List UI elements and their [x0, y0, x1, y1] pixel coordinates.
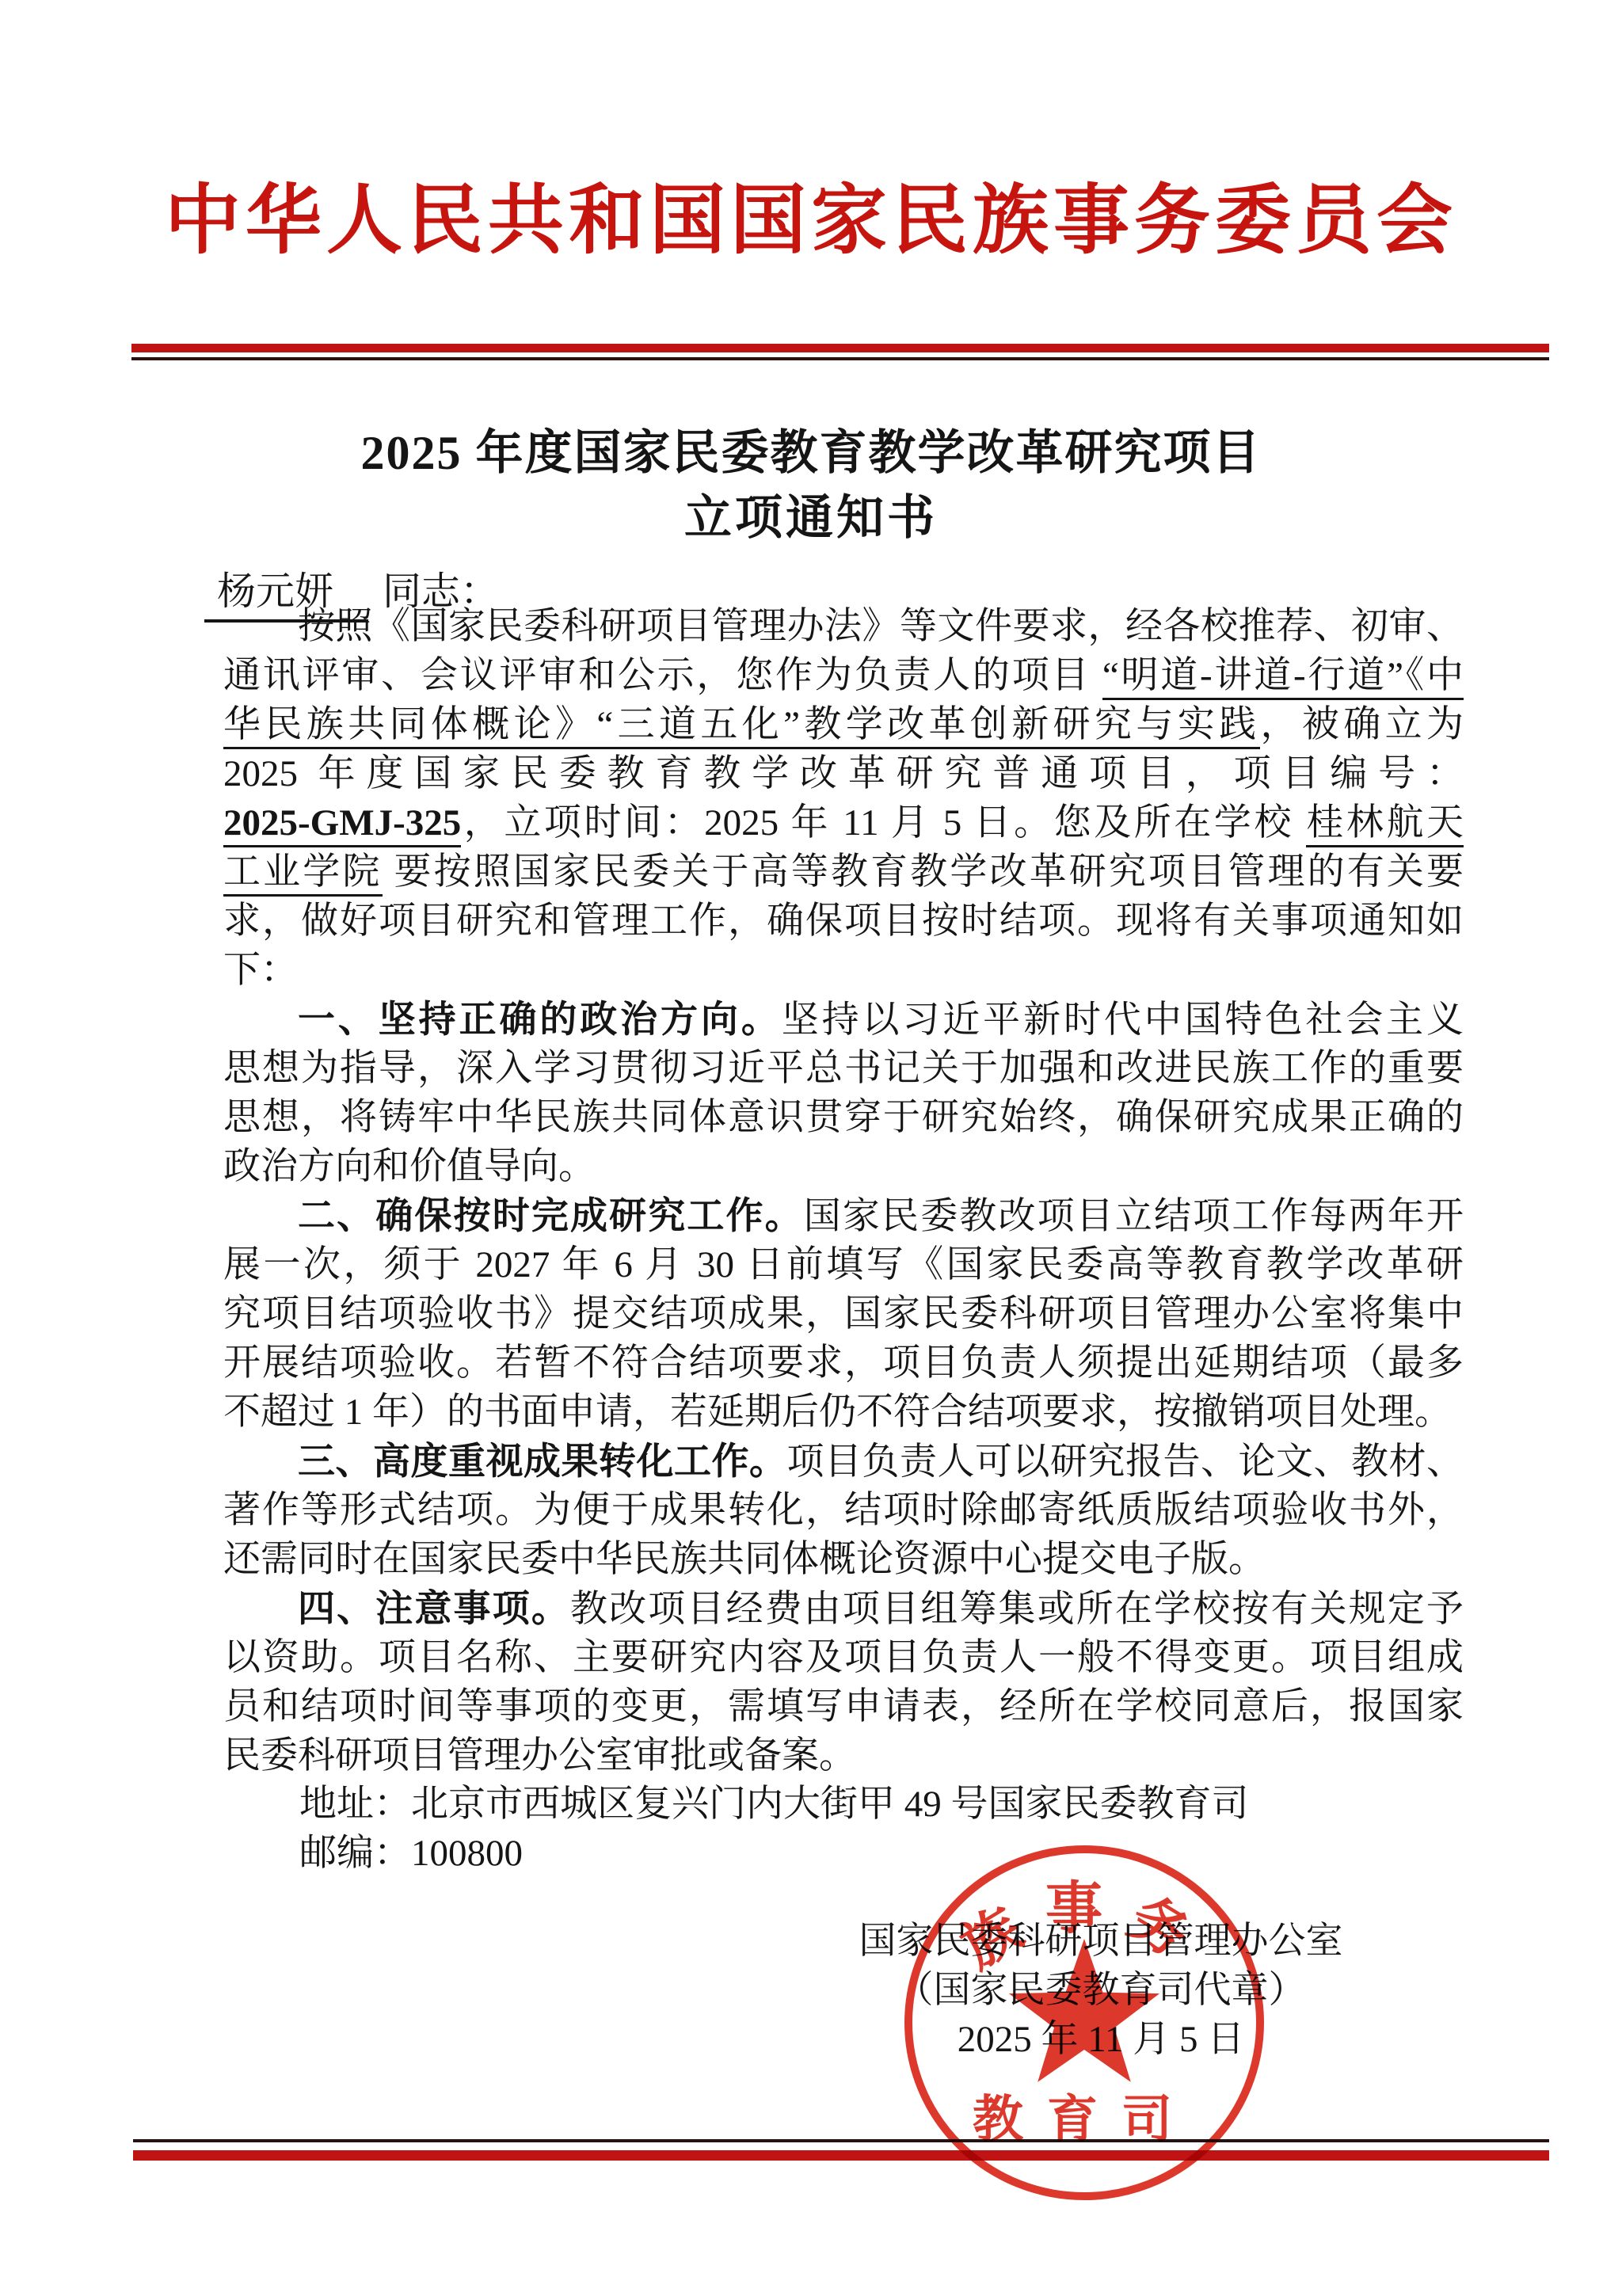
body-line: 以资助。项目名称、主要研究内容及项目负责人一般不得变更。项目组成 — [223, 1633, 1464, 1682]
underlined-text: 2025-GMJ-325 — [223, 802, 461, 847]
text-segment: 思想为指导，深入学习贯彻习近平总书记关于加强和改进民族工作的重要 — [223, 1048, 1464, 1089]
paragraph: 四、注意事项。教改项目经费由项目组筹集或所在学校按有关规定予以资助。项目名称、主… — [223, 1584, 1464, 1780]
paragraph: 二、确保按时完成研究工作。国家民委教改项目立结项工作每两年开展一次，须于 202… — [223, 1191, 1464, 1437]
body-line: 一、坚持正确的政治方向。坚持以习近平新时代中国特色社会主义 — [223, 995, 1464, 1044]
body-line: 2025-GMJ-325，立项时间：2025 年 11 月 5 日。您及所在学校… — [223, 798, 1464, 847]
body-line: 2025 年度国家民委教育教学改革研究普通项目，项目编号： — [223, 749, 1464, 798]
body-line: 不超过 1 年）的书面申请，若延期后仍不符合结项要求，按撤销项目处理。 — [223, 1388, 1464, 1437]
text-segment: 开展结项验收。若暂不符合结项要求，项目负责人须提出延期结项（最多 — [223, 1342, 1464, 1384]
text-segment: ，被确立为 — [1260, 704, 1464, 745]
letterhead-rule-red — [131, 344, 1549, 352]
underlined-text: 华民族共同体概论》“三道五化”教学改革创新研究与实践 — [223, 704, 1260, 749]
body-line: 还需同时在国家民委中华民族共同体概论资源中心提交电子版。 — [223, 1535, 1464, 1584]
document-title-line2: 立项通知书 — [0, 483, 1622, 553]
body-line: 民委科研项目管理办公室审批或备案。 — [223, 1731, 1464, 1780]
text-segment: 下： — [223, 950, 298, 991]
text-segment: 教改项目经费由项目组筹集或所在学校按有关规定予 — [570, 1589, 1464, 1630]
text-segment: 一、坚持正确的政治方向。 — [298, 998, 782, 1040]
body-paragraphs: 按照《国家民委科研项目管理办法》等文件要求，经各校推荐、初审、通讯评审、会议评审… — [223, 602, 1464, 1780]
body-line: 思想，将铸牢中华民族共同体意识贯穿于研究始终，确保研究成果正确的 — [223, 1093, 1464, 1142]
body-line: 政治方向和价值导向。 — [223, 1142, 1464, 1191]
body-line: 按照《国家民委科研项目管理办法》等文件要求，经各校推荐、初审、 — [223, 602, 1464, 651]
text-segment: 项目负责人可以研究报告、论文、教材、 — [787, 1441, 1464, 1483]
text-segment: 还需同时在国家民委中华民族共同体概论资源中心提交电子版。 — [223, 1539, 1266, 1580]
paragraph: 按照《国家民委科研项目管理办法》等文件要求，经各校推荐、初审、通讯评审、会议评审… — [223, 602, 1464, 995]
letterhead-org-name: 中华人民共和国国家民族事务委员会 — [0, 179, 1622, 263]
stamp-bottom-label: 教育司 — [973, 2092, 1196, 2148]
body-line: 员和结项时间等事项的变更，需填写申请表，经所在学校同意后，报国家 — [223, 1682, 1464, 1731]
text-segment: 二、确保按时完成研究工作。 — [298, 1194, 804, 1236]
text-segment: 政治方向和价值导向。 — [223, 1146, 596, 1187]
text-segment: 思想，将铸牢中华民族共同体意识贯穿于研究始终，确保研究成果正确的 — [223, 1097, 1464, 1138]
text-segment: 三、高度重视成果转化工作。 — [298, 1440, 787, 1482]
body-line: 二、确保按时完成研究工作。国家民委教改项目立结项工作每两年开 — [223, 1191, 1464, 1240]
text-segment: 2025 年度国家民委教育教学改革研究普通项目，项目编号： — [223, 753, 1464, 794]
document-title: 2025 年度国家民委教育教学改革研究项目 立项通知书 — [0, 423, 1622, 553]
document-page: 中华人民共和国国家民族事务委员会 2025 年度国家民委教育教学改革研究项目 立… — [0, 0, 1622, 2296]
underlined-text: 桂林航天 — [1306, 802, 1464, 847]
footer-rule-red — [133, 2150, 1549, 2161]
text-segment: 国家民委教改项目立结项工作每两年开 — [804, 1196, 1464, 1237]
text-segment: 展一次，须于 2027 年 6 月 30 日前填写《国家民委高等教育教学改革研 — [223, 1244, 1464, 1285]
body-line: 究项目结项验收书》提交结项成果，国家民委科研项目管理办公室将集中 — [223, 1289, 1464, 1338]
underlined-text: “明道-讲道-行道”《中 — [1102, 655, 1464, 700]
paragraph: 三、高度重视成果转化工作。项目负责人可以研究报告、论文、教材、著作等形式结项。为… — [223, 1437, 1464, 1584]
text-segment: 求，做好项目研究和管理工作，确保项目按时结项。现将有关事项通知如 — [223, 901, 1464, 942]
text-segment: 员和结项时间等事项的变更，需填写申请表，经所在学校同意后，报国家 — [223, 1686, 1464, 1727]
body-line: 开展结项验收。若暂不符合结项要求，项目负责人须提出延期结项（最多 — [223, 1338, 1464, 1388]
body-line: 展一次，须于 2027 年 6 月 30 日前填写《国家民委高等教育教学改革研 — [223, 1240, 1464, 1289]
body-line: 下： — [223, 946, 1464, 995]
text-segment: 四、注意事项。 — [298, 1587, 570, 1629]
text-segment: 以资助。项目名称、主要研究内容及项目负责人一般不得变更。项目组成 — [223, 1637, 1464, 1678]
body-line: 四、注意事项。教改项目经费由项目组筹集或所在学校按有关规定予 — [223, 1584, 1464, 1633]
body-line: 思想为指导，深入学习贯彻习近平总书记关于加强和改进民族工作的重要 — [223, 1044, 1464, 1093]
body-line: 三、高度重视成果转化工作。项目负责人可以研究报告、论文、教材、 — [223, 1437, 1464, 1486]
official-stamp: 族事务 教育司 — [892, 1834, 1278, 2219]
letterhead-rule-dark — [131, 357, 1549, 360]
text-segment: 要按照国家民委关于高等教育教学改革研究项目管理的有关要 — [383, 851, 1464, 893]
text-segment: ，立项时间：2025 年 11 月 5 日。您及所在学校 — [461, 802, 1306, 843]
address-line: 地址：北京市西城区复兴门内大街甲 49 号国家民委教育司 — [223, 1780, 1464, 1829]
text-segment: 通讯评审、会议评审和公示，您作为负责人的项目 — [223, 655, 1102, 696]
document-title-line1: 2025 年度国家民委教育教学改革研究项目 — [0, 423, 1622, 483]
body-line: 著作等形式结项。为便于成果转化，结项时除邮寄纸质版结项验收书外， — [223, 1486, 1464, 1535]
text-segment: 民委科研项目管理办公室审批或备案。 — [223, 1735, 856, 1776]
footer-rule-dark — [133, 2139, 1549, 2142]
body-line: 工业学院 要按照国家民委关于高等教育教学改革研究项目管理的有关要 — [223, 847, 1464, 897]
text-segment: 究项目结项验收书》提交结项成果，国家民委科研项目管理办公室将集中 — [223, 1293, 1464, 1335]
text-segment: 不超过 1 年）的书面申请，若延期后仍不符合结项要求，按撤销项目处理。 — [223, 1392, 1452, 1433]
underlined-text: 工业学院 — [223, 851, 383, 897]
text-segment: 著作等形式结项。为便于成果转化，结项时除邮寄纸质版结项验收书外， — [223, 1490, 1464, 1531]
stamp-star-icon — [1009, 1939, 1159, 2082]
body-line: 华民族共同体概论》“三道五化”教学改革创新研究与实践，被确立为 — [223, 700, 1464, 749]
body-line: 通讯评审、会议评审和公示，您作为负责人的项目 “明道-讲道-行道”《中 — [223, 651, 1464, 700]
text-segment: 坚持以习近平新时代中国特色社会主义 — [782, 1000, 1464, 1041]
body-line: 求，做好项目研究和管理工作，确保项目按时结项。现将有关事项通知如 — [223, 897, 1464, 946]
paragraph: 一、坚持正确的政治方向。坚持以习近平新时代中国特色社会主义思想为指导，深入学习贯… — [223, 995, 1464, 1191]
text-segment: 按照《国家民委科研项目管理办法》等文件要求，经各校推荐、初审、 — [298, 606, 1464, 647]
